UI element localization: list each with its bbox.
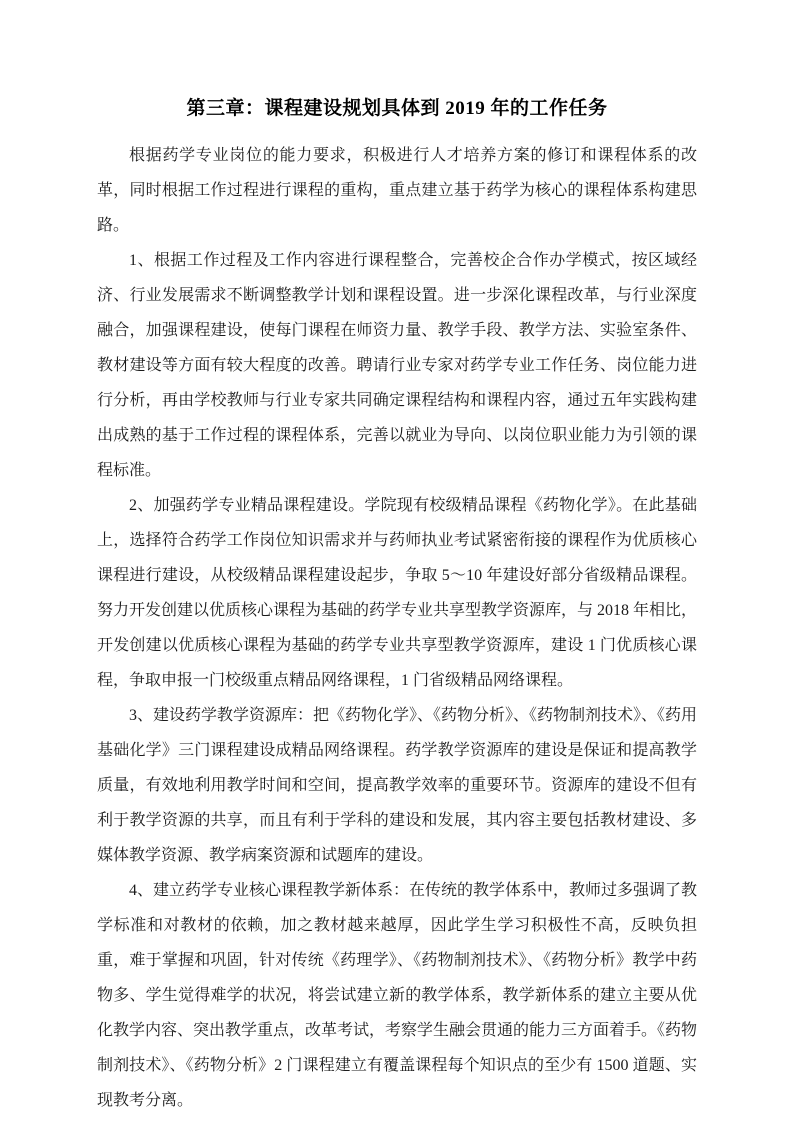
document-content: 第三章：课程建设规划具体到 2019 年的工作任务 根据药学专业岗位的能力要求，…	[97, 96, 697, 1118]
paragraph-intro: 根据药学专业岗位的能力要求，积极进行人才培养方案的修订和课程体系的改革，同时根据…	[97, 138, 697, 243]
paragraph-item-2: 2、加强药学专业精品课程建设。学院现有校级精品课程《药物化学》。在此基础上，选择…	[97, 488, 697, 698]
document-page: 第三章：课程建设规划具体到 2019 年的工作任务 根据药学专业岗位的能力要求，…	[0, 0, 793, 1122]
paragraph-item-4: 4、建立药学专业核心课程教学新体系：在传统的教学体系中，教师过多强调了教学标准和…	[97, 873, 697, 1118]
paragraph-item-3: 3、建设药学教学资源库：把《药物化学》、《药物分析》、《药物制剂技术》、《药用基…	[97, 698, 697, 873]
paragraph-item-1: 1、根据工作过程及工作内容进行课程整合，完善校企合作办学模式，按区域经济、行业发…	[97, 243, 697, 488]
document-title: 第三章：课程建设规划具体到 2019 年的工作任务	[97, 96, 697, 122]
